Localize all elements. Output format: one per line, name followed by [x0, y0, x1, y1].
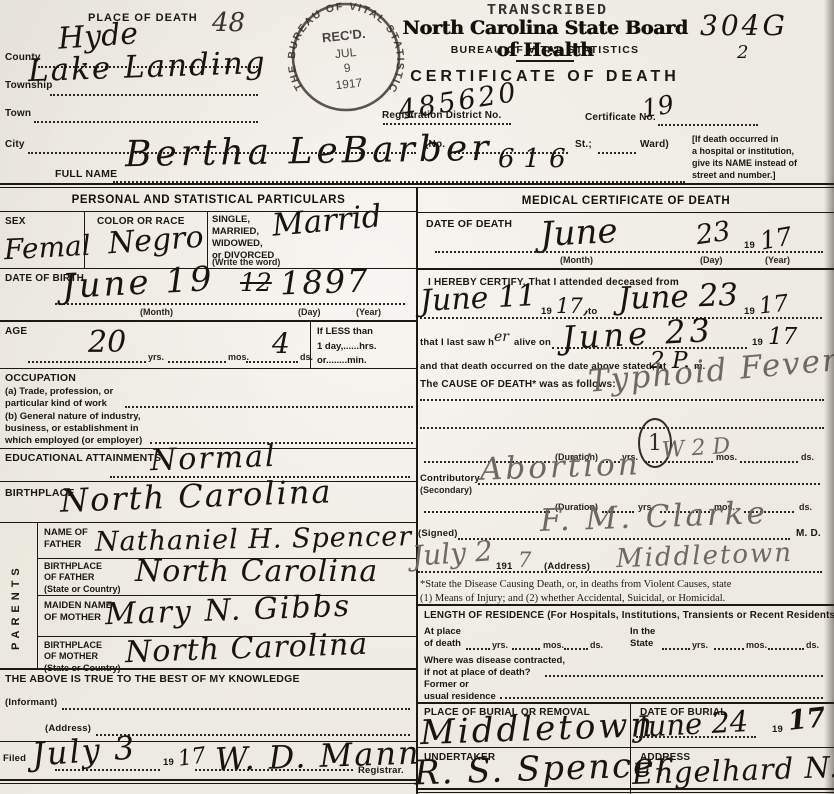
- age-dotted-line: [246, 361, 298, 363]
- age-years-handwritten: 20: [88, 328, 126, 358]
- corner-code-handwritten: 304G: [700, 12, 788, 40]
- row-divider: [0, 668, 417, 670]
- row-divider: [0, 320, 417, 322]
- residence-dotted-line: [714, 648, 744, 650]
- father-birthplace-label: BIRTHPLACE OF FATHER (State or Country): [44, 561, 121, 595]
- stamp-month-text: JUL: [334, 45, 357, 61]
- ward-label: Ward): [640, 139, 669, 150]
- occupation-label: OCCUPATION: [5, 372, 76, 384]
- parents-vertical-label: PARENTS: [10, 540, 22, 650]
- age-less-than-note: If LESS than 1 day,......hrs. or........…: [317, 325, 377, 369]
- burial-year-prefix: 19: [772, 724, 783, 735]
- contributory-dotted-line: [478, 483, 820, 485]
- dob-handwritten: June 19: [61, 262, 215, 304]
- mother-name-handwritten: Mary N. Gibbs: [105, 592, 352, 631]
- cause-footnote: *State the Disease Causing Death, or, in…: [420, 578, 832, 606]
- filed-label: Filed: [3, 753, 26, 764]
- bottom-rule: [418, 792, 834, 793]
- burial-year-handwritten: 17: [787, 704, 827, 735]
- mother-birthplace-handwritten: North Carolina: [125, 630, 369, 668]
- bottom-rule: [0, 779, 417, 781]
- disease-contracted-dotted-line: [545, 675, 823, 677]
- marital-hint: (Write the word): [212, 257, 280, 267]
- duration1-pencil-handwritten: W 2 D: [661, 436, 731, 463]
- township-handwritten-value: Lake Landing: [28, 48, 268, 87]
- father-birthplace-handwritten: North Carolina: [135, 557, 378, 587]
- town-label: Town: [5, 108, 31, 119]
- bottom-rule: [418, 788, 834, 790]
- signed-year-handwritten: 7: [518, 550, 531, 571]
- age-ds-label: ds.: [300, 352, 313, 362]
- stamp-year-text: 1917: [335, 75, 363, 92]
- registrar-label: Registrar.: [358, 765, 404, 776]
- md-label: M. D.: [796, 528, 821, 539]
- filed-dotted-line: [55, 769, 160, 771]
- section-divider: [0, 183, 834, 185]
- full-name-label: FULL NAME: [55, 168, 117, 180]
- signed-date-handwritten: July 2: [411, 537, 494, 571]
- duration1-ds-label: ds.: [801, 452, 814, 462]
- physician-address-handwritten: Middletown: [616, 540, 794, 572]
- death-month-handwritten: June: [539, 214, 618, 252]
- sex-label: SEX: [5, 216, 26, 227]
- former-residence-label: Former or usual residence: [424, 679, 496, 703]
- residence-dotted-line: [768, 648, 804, 650]
- father-name-handwritten: Nathaniel H. Spencer: [95, 523, 413, 556]
- cell-divider: [310, 320, 311, 368]
- occupation-b-label: (b) General nature of industry, business…: [5, 411, 142, 447]
- dob-day-hint: (Day): [298, 307, 321, 317]
- scan-edge-artifact: [824, 0, 834, 794]
- informant-dotted-line: [62, 708, 410, 710]
- residence-dotted-line: [466, 648, 490, 650]
- residence-mos-label: mos.: [543, 640, 564, 650]
- residence-state-mos-label: mos.: [746, 640, 767, 650]
- attended-to-year-prefix: 19: [744, 306, 755, 317]
- filed-year-handwritten: 17: [177, 745, 208, 771]
- stamp-recd-text: REC'D.: [321, 26, 366, 45]
- age-yrs-label: yrs.: [148, 352, 164, 362]
- residence-title: LENGTH OF RESIDENCE (For Hospitals, Inst…: [424, 610, 834, 621]
- color-race-handwritten: Negro: [107, 223, 204, 260]
- last-saw-prefix: that I last saw h: [420, 337, 494, 348]
- undertaker-address-handwritten: Engelhard N.C: [632, 752, 834, 789]
- cause-dotted-line: [420, 427, 824, 429]
- last-saw-pronoun-handwritten: er: [494, 330, 509, 344]
- attended-from-year-prefix: 19: [541, 306, 552, 317]
- signed-date-dotted-line: [418, 571, 822, 573]
- death-certificate-document: PLACE OF DEATH County Hyde 48 Township L…: [0, 0, 834, 794]
- age-label: AGE: [5, 326, 27, 337]
- attended-from-year-handwritten: 17,: [556, 296, 589, 317]
- residence-ds-label: ds.: [590, 640, 603, 650]
- county-code-handwritten: 48: [212, 10, 245, 36]
- dob-strike-handwritten: 12: [240, 270, 272, 295]
- certificate-title: CERTIFICATE OF DEATH: [392, 68, 698, 86]
- st-label: St.;: [575, 139, 592, 150]
- corner-code2-handwritten: 2: [737, 44, 748, 62]
- education-handwritten: Normal: [150, 442, 278, 476]
- attended-to-year-handwritten: 17: [758, 293, 790, 319]
- house-number-handwritten: 616: [498, 146, 575, 172]
- cause-dotted-line: [420, 399, 824, 401]
- physician-signature-handwritten: F. M. Clarke: [540, 498, 769, 537]
- contributory-handwritten: Abortion: [480, 449, 642, 486]
- township-dotted-line: [50, 94, 258, 96]
- registrar-dotted-line: [195, 769, 353, 771]
- row-divider: [418, 604, 834, 606]
- title-rule: [516, 60, 574, 62]
- residence-at-place-label: At place of death: [424, 626, 461, 650]
- full-name-handwritten: Bertha LeBarber: [125, 131, 493, 173]
- row-divider: [418, 212, 834, 213]
- burial-date-dotted-line: [636, 736, 756, 738]
- attended-to-handwritten: June 23: [617, 280, 738, 315]
- place-of-burial-handwritten: Middletown: [419, 708, 655, 750]
- dod-year-hint: (Year): [765, 255, 790, 265]
- duration2-ds-label: ds.: [799, 502, 812, 512]
- duration1-dotted-line: [645, 461, 713, 463]
- stamp-day-text: 9: [343, 61, 351, 76]
- filed-year-prefix: 19: [163, 757, 174, 768]
- date-of-death-label: DATE OF DEATH: [426, 218, 512, 230]
- former-residence-dotted-line: [500, 697, 823, 699]
- duration2-dotted-line: [424, 511, 550, 513]
- occupation-a-dotted-line: [125, 406, 413, 408]
- sex-handwritten: Femal: [3, 232, 91, 264]
- residence-dotted-line: [512, 648, 540, 650]
- dod-dotted-line: [435, 251, 823, 253]
- age-days-handwritten: 4: [272, 330, 290, 358]
- father-name-label: NAME OF FATHER: [44, 527, 88, 551]
- row-divider: [418, 702, 834, 704]
- city-label: City: [5, 139, 25, 150]
- age-dotted-line: [28, 361, 146, 363]
- alive-on-label: alive on: [514, 337, 551, 348]
- st-dotted-line: [598, 152, 636, 154]
- bureau-subtitle: BUREAU OF VITAL STATISTICS: [392, 44, 698, 56]
- certificate-no-dotted-line: [658, 124, 758, 126]
- death-year-handwritten: 17: [758, 223, 794, 253]
- last-seen-year-prefix: 19: [752, 337, 763, 348]
- duration1-dotted-line: [740, 461, 798, 463]
- truth-statement: THE ABOVE IS TRUE TO THE BEST OF MY KNOW…: [5, 673, 300, 685]
- dod-day-hint: (Day): [700, 255, 723, 265]
- marital-status-label: SINGLE, MARRIED, WIDOWED, or DIVORCED: [212, 214, 274, 262]
- birthplace-handwritten: North Carolina: [60, 475, 333, 516]
- death-year-prefix: 19: [744, 240, 755, 251]
- education-label: EDUCATIONAL ATTAINMENTS: [5, 452, 161, 464]
- residence-yrs-label: yrs.: [492, 640, 508, 650]
- secondary-label: (Secondary): [420, 485, 472, 495]
- town-dotted-line: [34, 121, 258, 123]
- residence-in-state-label: In the State: [630, 626, 655, 650]
- hospital-note: [If death occurred in a hospital or inst…: [692, 133, 832, 182]
- circled-number-text: 1: [648, 431, 662, 456]
- occupation-a-label: (a) Trade, profession, or particular kin…: [5, 386, 113, 410]
- residence-dotted-line: [662, 648, 690, 650]
- row-divider: [0, 368, 417, 369]
- row-divider: [418, 268, 834, 270]
- residence-state-ds-label: ds.: [806, 640, 819, 650]
- dod-month-hint: (Month): [560, 255, 593, 265]
- contributory-label: Contributory: [420, 473, 480, 484]
- dob-month-hint: (Month): [140, 307, 173, 317]
- death-day-handwritten: 23: [694, 218, 732, 250]
- residence-dotted-line: [564, 648, 588, 650]
- dob-year-hint: (Year): [356, 307, 381, 317]
- marital-handwritten: Marrid: [271, 201, 383, 241]
- cause-of-death-label: The CAUSE OF DEATH* was as follows:: [420, 379, 616, 390]
- medical-section-title: MEDICAL CERTIFICATE OF DEATH: [418, 195, 834, 207]
- disease-contracted-label: Where was disease contracted, if not at …: [424, 655, 565, 679]
- filed-date-handwritten: July 3: [31, 731, 137, 770]
- dob-year-handwritten: 1897: [279, 264, 369, 299]
- age-dotted-line: [168, 361, 226, 363]
- bottom-rule: [0, 783, 417, 784]
- informant-label: (Informant): [5, 697, 57, 708]
- to-label: to: [588, 306, 597, 317]
- attended-from-handwritten: June 11: [419, 281, 537, 317]
- residence-state-yrs-label: yrs.: [692, 640, 708, 650]
- mother-name-label: MAIDEN NAME OF MOTHER: [44, 600, 112, 624]
- certificate-no-handwritten: 19: [640, 91, 676, 121]
